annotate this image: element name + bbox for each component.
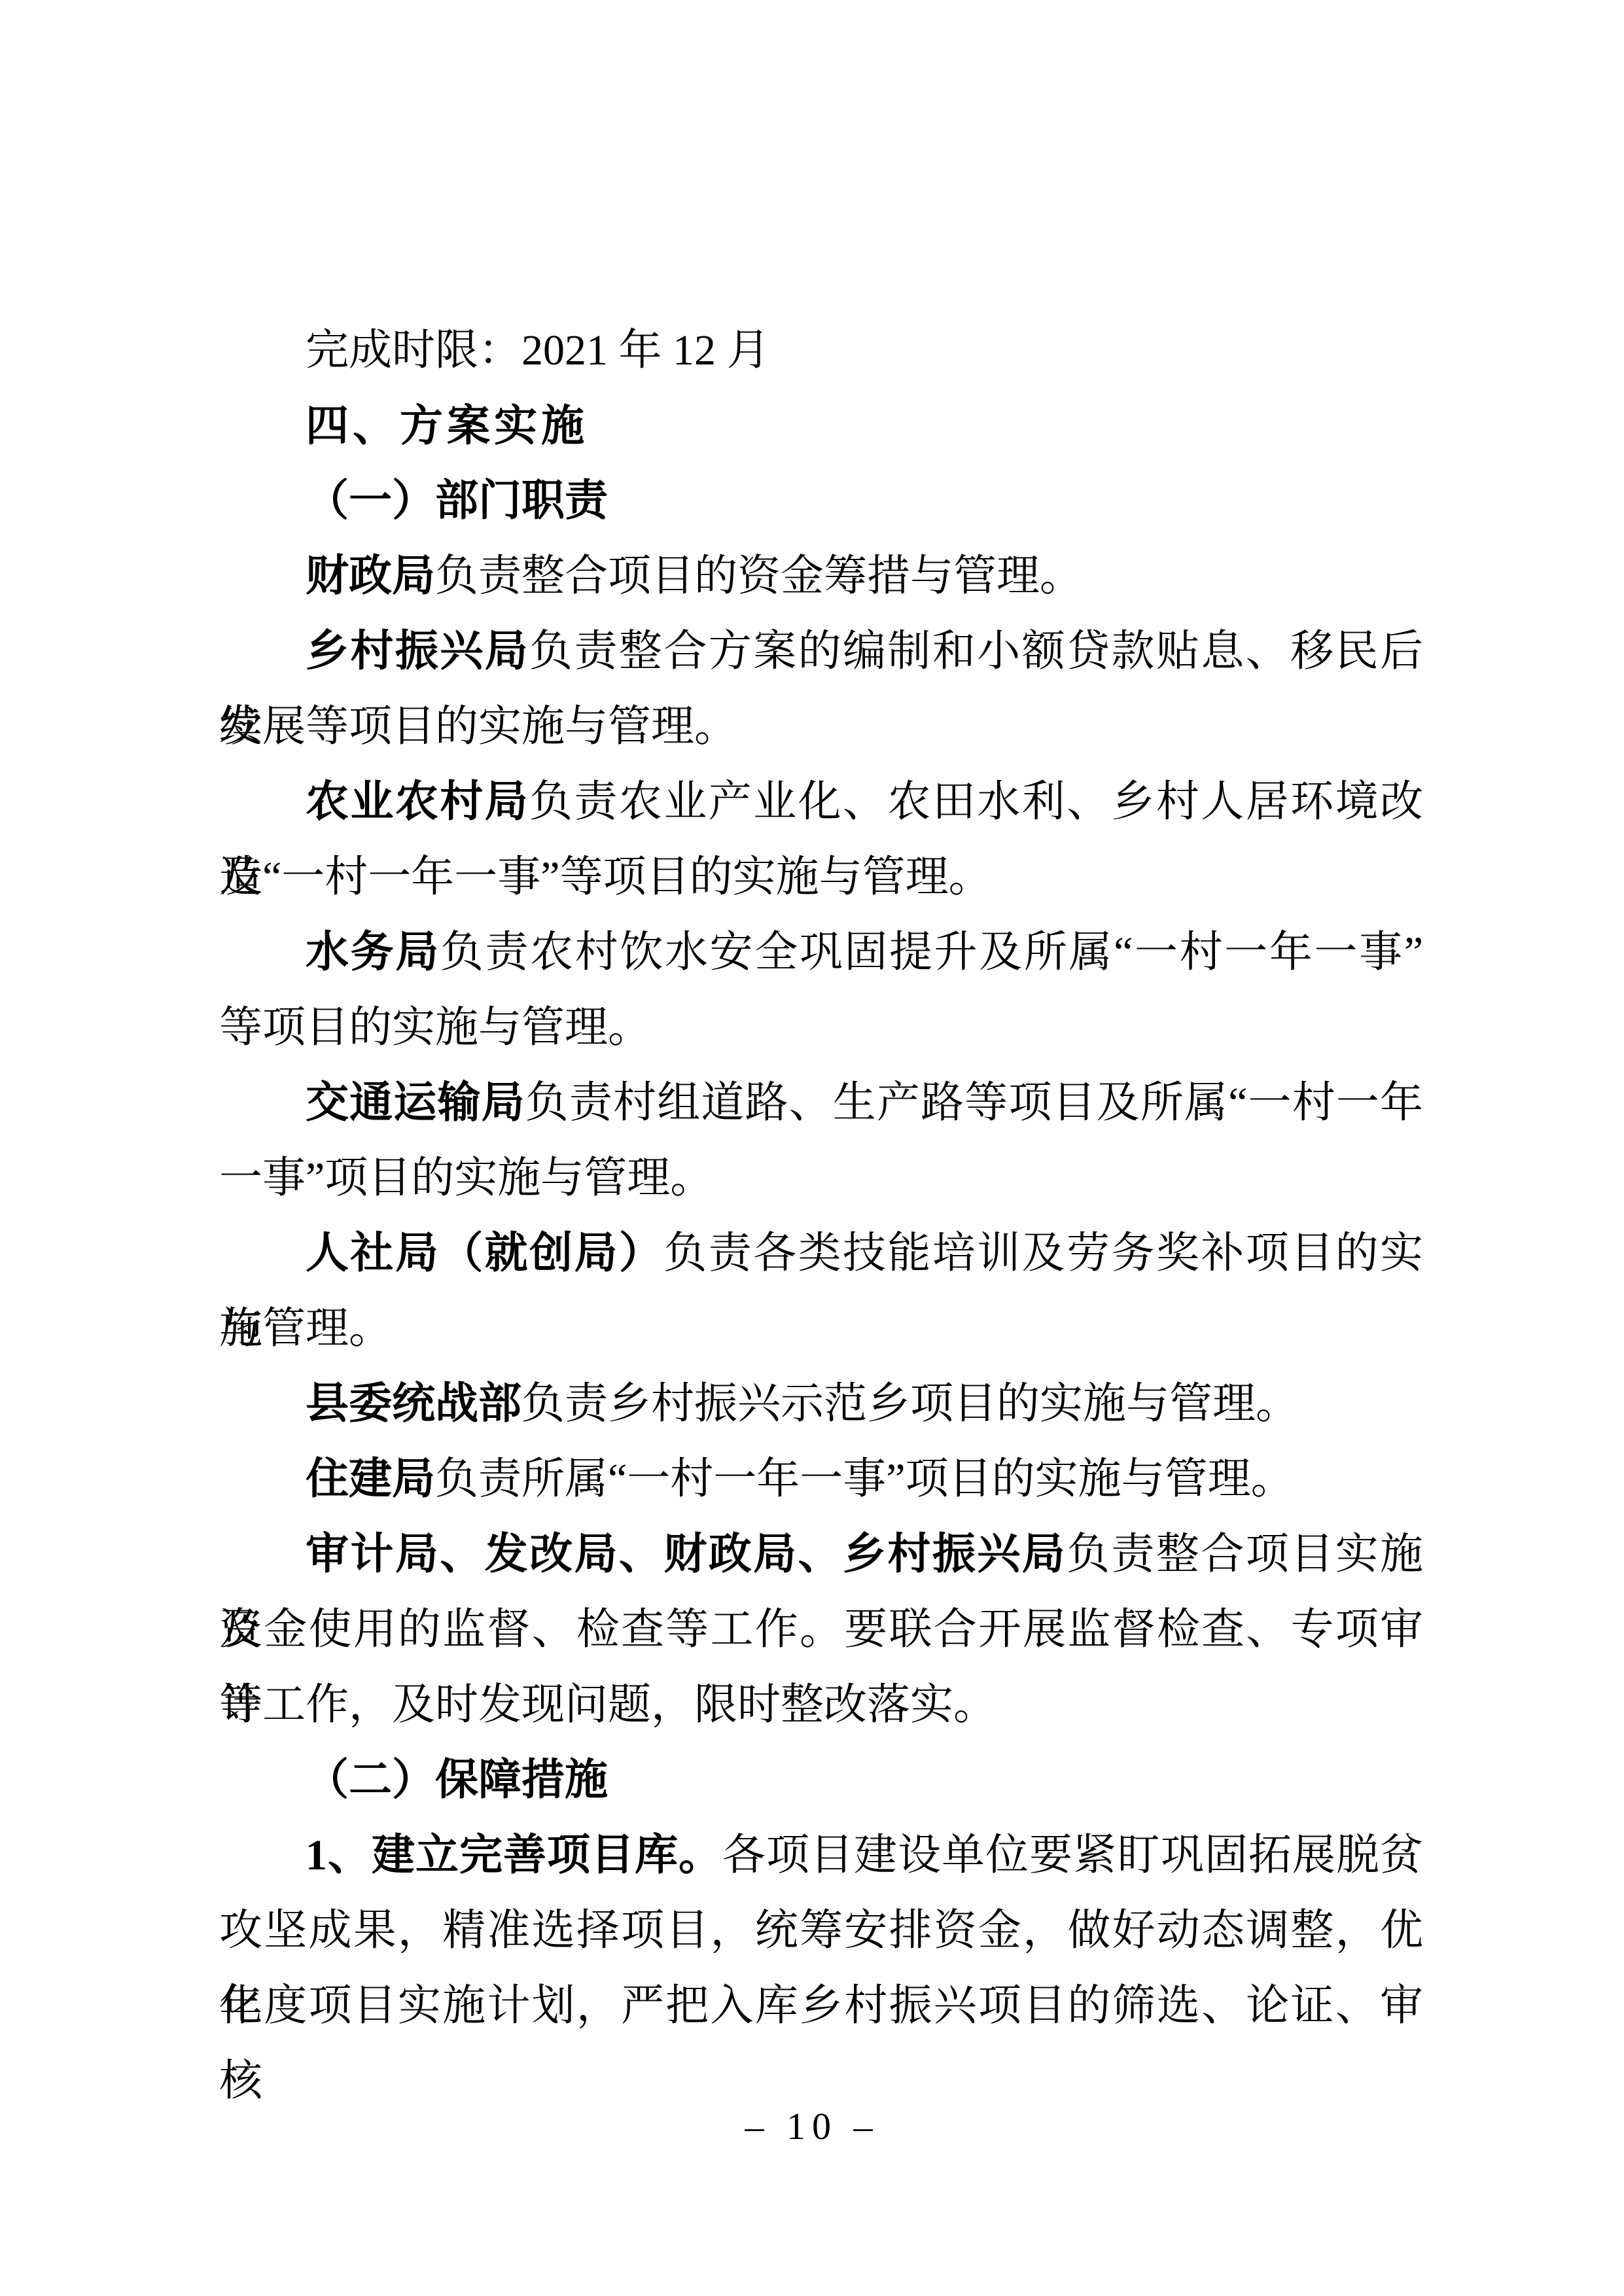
paragraph-line: 住建局负责所属“一村一年一事”项目的实施与管理。 xyxy=(219,1441,1423,1517)
document-page: 完成时限：2021 年 12 月 四、方案实施 （一）部门职责 财政局负责整合项… xyxy=(0,0,1624,2296)
paragraph-line: 财政局负责整合项目的资金筹措与管理。 xyxy=(219,539,1423,614)
completion-deadline-line: 完成时限：2021 年 12 月 xyxy=(219,313,1423,388)
section-heading-4-text: 四、方案实施 xyxy=(306,401,588,450)
completion-deadline-text: 完成时限：2021 年 12 月 xyxy=(306,327,770,374)
paragraph-text: 负责整合项目的资金筹措与管理。 xyxy=(435,552,1083,600)
department-name: 交通运输局 xyxy=(306,1079,525,1127)
paragraph-line: 水务局负责农村饮水安全巩固提升及所属“一村一年一事” xyxy=(219,915,1423,990)
paragraph-text: 与管理。 xyxy=(219,1305,392,1352)
department-name: 县委统战部 xyxy=(306,1380,521,1428)
paragraph-text: 负责村组道路、生产路等项目及所属“一村一年 xyxy=(525,1079,1423,1127)
department-name: 人社局（就创局） xyxy=(306,1229,663,1277)
paragraph-line: 审计局、发改局、财政局、乡村振兴局负责整合项目实施及 xyxy=(219,1517,1423,1592)
paragraph-text: 各项目建设单位要紧盯巩固拓展脱贫 xyxy=(722,1831,1423,1879)
paragraph-text: 负责所属“一村一年一事”项目的实施与管理。 xyxy=(435,1455,1294,1503)
paragraph-line: 人社局（就创局）负责各类技能培训及劳务奖补项目的实施 xyxy=(219,1216,1423,1291)
paragraph-line: 乡村振兴局负责整合方案的编制和小额贷款贴息、移民后续 xyxy=(219,614,1423,689)
document-body: 完成时限：2021 年 12 月 四、方案实施 （一）部门职责 财政局负责整合项… xyxy=(219,313,1423,2043)
paragraph-text: 一事”项目的实施与管理。 xyxy=(219,1154,713,1202)
paragraph-text: 等项目的实施与管理。 xyxy=(219,1004,651,1051)
paragraph-line: 等工作，及时发现问题，限时整改落实。 xyxy=(219,1667,1423,1742)
department-name: 审计局、发改局、财政局、乡村振兴局 xyxy=(306,1530,1067,1578)
department-name: 水务局 xyxy=(306,928,440,976)
department-name: 住建局 xyxy=(306,1455,435,1503)
section-heading-4: 四、方案实施 xyxy=(219,388,1423,463)
paragraph-line: 发展等项目的实施与管理。 xyxy=(219,689,1423,764)
item-title: 1、建立完善项目库。 xyxy=(306,1831,722,1879)
department-name: 农业农村局 xyxy=(306,778,529,826)
paragraph-line: 与管理。 xyxy=(219,1291,1423,1366)
page-number: – 10 – xyxy=(0,2100,1624,2153)
paragraph-line: 年度项目实施计划，严把入库乡村振兴项目的筛选、论证、审核 xyxy=(219,1968,1423,2043)
department-name: 财政局 xyxy=(306,552,435,600)
paragraph-line: 交通运输局负责村组道路、生产路等项目及所属“一村一年 xyxy=(219,1065,1423,1140)
paragraph-line: 等项目的实施与管理。 xyxy=(219,990,1423,1065)
subsection-heading-1-text: （一）部门职责 xyxy=(306,477,608,525)
subsection-heading-1: （一）部门职责 xyxy=(219,463,1423,539)
paragraph-line: 1、建立完善项目库。各项目建设单位要紧盯巩固拓展脱贫 xyxy=(219,1818,1423,1893)
paragraph-line: 农业农村局负责农业产业化、农田水利、乡村人居环境改造 xyxy=(219,764,1423,839)
paragraph-text: 及“一村一年一事”等项目的实施与管理。 xyxy=(219,853,992,901)
paragraph-text: 发展等项目的实施与管理。 xyxy=(219,703,737,751)
paragraph-line: 攻坚成果，精准选择项目，统筹安排资金，做好动态调整，优化 xyxy=(219,1893,1423,1968)
paragraph-line: 及“一村一年一事”等项目的实施与管理。 xyxy=(219,839,1423,915)
paragraph-text: 年度项目实施计划，严把入库乡村振兴项目的筛选、论证、审核 xyxy=(219,1982,1423,2105)
paragraph-line: 县委统战部负责乡村振兴示范乡项目的实施与管理。 xyxy=(219,1366,1423,1441)
subsection-heading-2: （二）保障措施 xyxy=(219,1742,1423,1818)
paragraph-text: 负责乡村振兴示范乡项目的实施与管理。 xyxy=(521,1380,1299,1428)
paragraph-text: 等工作，及时发现问题，限时整改落实。 xyxy=(219,1681,997,1729)
paragraph-text: 负责农村饮水安全巩固提升及所属“一村一年一事” xyxy=(440,928,1423,976)
paragraph-line: 一事”项目的实施与管理。 xyxy=(219,1140,1423,1216)
department-name: 乡村振兴局 xyxy=(306,627,529,675)
paragraph-line: 资金使用的监督、检查等工作。要联合开展监督检查、专项审计 xyxy=(219,1592,1423,1667)
subsection-heading-2-text: （二）保障措施 xyxy=(306,1756,608,1804)
